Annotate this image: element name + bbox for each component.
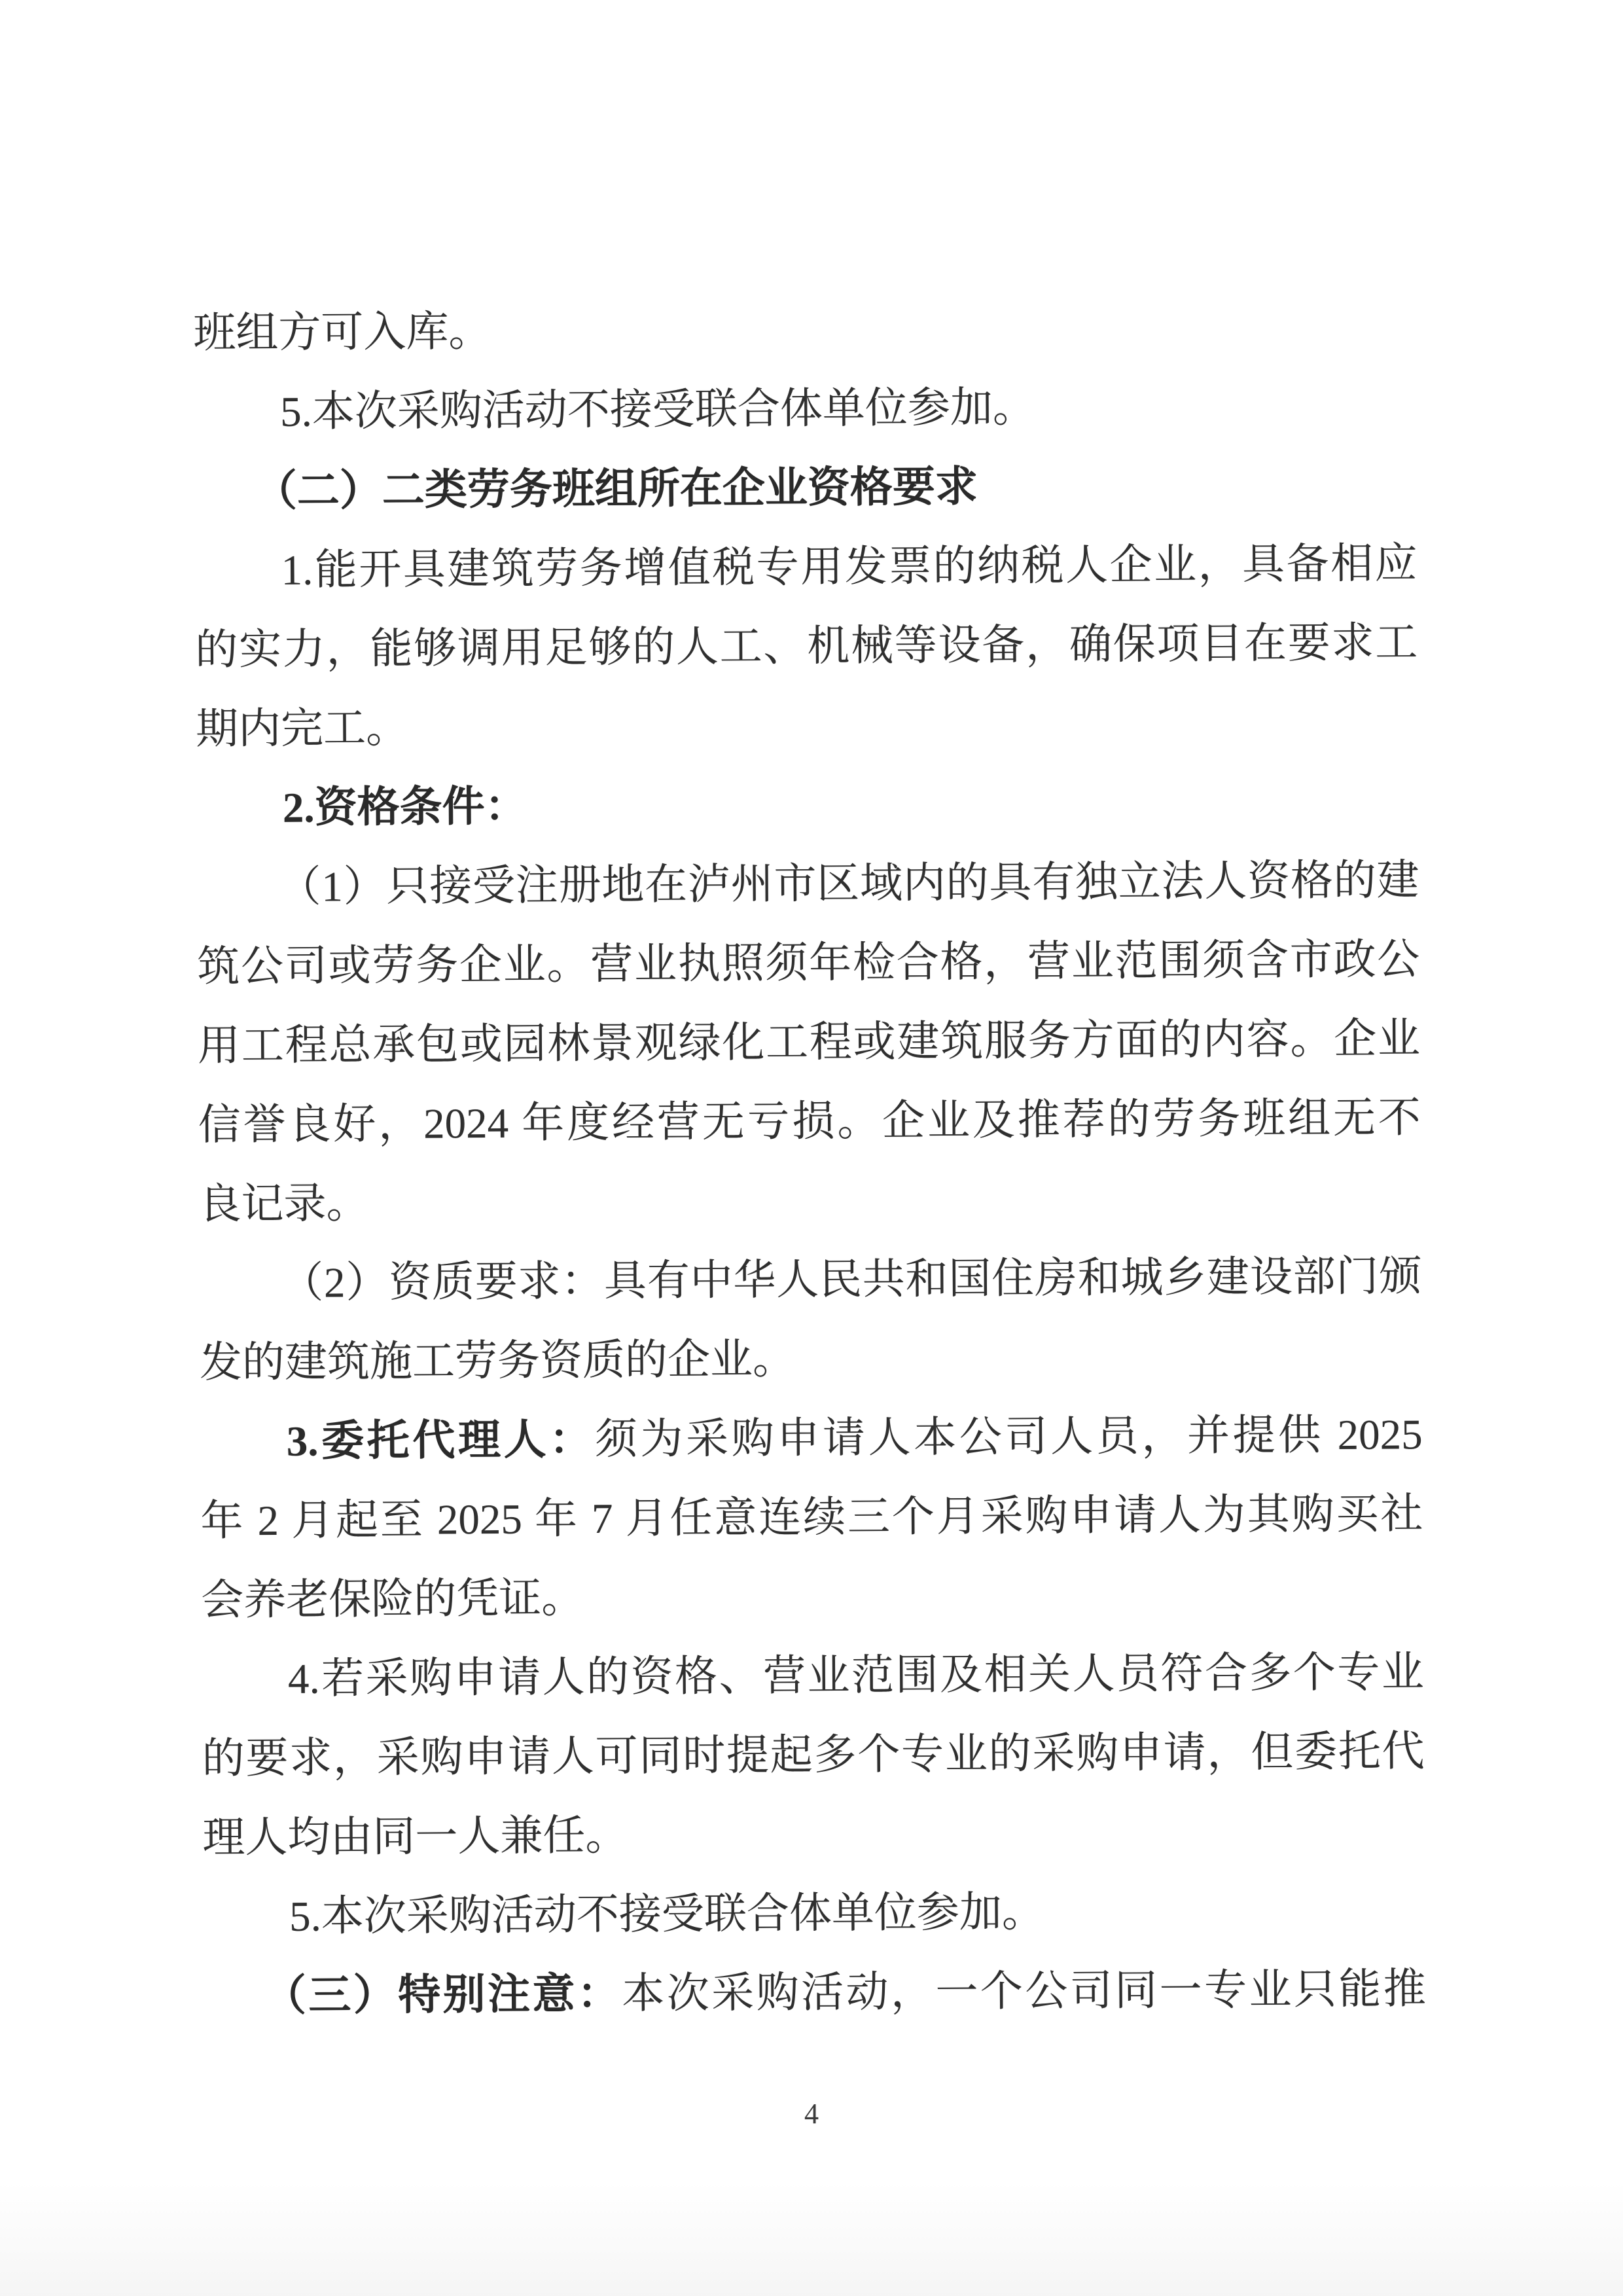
text-run: 用工程总承包或园林景观绿化工程或建筑服务方面的内容。企业 — [198, 1015, 1420, 1069]
scan-noise-band — [0, 2181, 1623, 2296]
text-run: 须为采购申请人本公司人员，并提供 2025 — [595, 1411, 1423, 1463]
text-line: 5.本次采购活动不接受联合体单位参加。 — [194, 366, 1417, 452]
document-page: 班组方可入库。5.本次采购活动不接受联合体单位参加。（二）二类劳务班组所在企业资… — [0, 0, 1623, 2296]
text-run: 良记录。 — [198, 1180, 368, 1229]
text-run: （1）只接受注册地在泸州市区域内的具有独立法人资格的建 — [278, 857, 1419, 911]
text-line: 会养老保险的凭证。 — [201, 1554, 1424, 1640]
text-line: 5.本次采购活动不接受联合体单位参加。 — [203, 1871, 1426, 1957]
text-run: 期内完工。 — [196, 705, 408, 753]
text-line: 信誉良好，2024 年度经营无亏损。企业及推荐的劳务班组无不 — [198, 1079, 1421, 1165]
text-line: 理人均由同一人兼任。 — [202, 1791, 1425, 1878]
text-line: 4.若采购申请人的资格、营业范围及相关人员符合多个专业 — [202, 1633, 1425, 1719]
text-run: 4.若采购申请人的资格、营业范围及相关人员符合多个专业 — [288, 1649, 1424, 1703]
text-run: 年 2 月起至 2025 年 7 月任意连续三个月采购申请人为其购买社 — [200, 1490, 1423, 1545]
bold-text-run: 3.委托代理人： — [287, 1416, 596, 1465]
text-line: 3.委托代理人：须为采购申请人本公司人员，并提供 2025 — [200, 1395, 1423, 1482]
text-block: 班组方可入库。5.本次采购活动不接受联合体单位参加。（二）二类劳务班组所在企业资… — [193, 287, 1426, 2036]
text-line: （1）只接受注册地在泸州市区域内的具有独立法人资格的建 — [196, 841, 1419, 927]
text-run: 会养老保险的凭证。 — [201, 1575, 584, 1624]
bold-text-run: （三）特别注意： — [264, 1971, 622, 2020]
text-line: （2）资质要求：具有中华人民共和国住房和城乡建设部门颁 — [199, 1237, 1422, 1323]
text-line: 年 2 月起至 2025 年 7 月任意连续三个月采购申请人为其购买社 — [200, 1475, 1423, 1561]
text-line: 筑公司或劳务企业。营业执照须年检合格，营业范围须含市政公 — [197, 920, 1420, 1007]
text-run: 本次采购活动，一个公司同一专业只能推 — [622, 1965, 1426, 2018]
text-line: 班组方可入库。 — [193, 287, 1416, 373]
text-line: 的要求，采购申请人可同时提起多个专业的采购申请，但委托代 — [202, 1712, 1425, 1799]
text-run: 理人均由同一人兼任。 — [202, 1812, 628, 1862]
text-line: （三）特别注意：本次采购活动，一个公司同一专业只能推 — [204, 1950, 1427, 2036]
text-run: 1.能开具建筑劳务增值税专用发票的纳税人企业，具备相应 — [281, 540, 1417, 594]
text-line: 用工程总承包或园林景观绿化工程或建筑服务方面的内容。企业 — [198, 999, 1421, 1086]
text-line: 1.能开具建筑劳务增值税专用发票的纳税人企业，具备相应 — [194, 524, 1418, 611]
text-line: 良记录。 — [198, 1158, 1421, 1244]
text-run: 5.本次采购活动不接受联合体单位参加。 — [280, 384, 1035, 436]
text-run: 发的建筑施工劳务资质的企业。 — [200, 1336, 795, 1387]
text-run: 5.本次采购活动不接受联合体单位参加。 — [289, 1889, 1044, 1941]
text-run: 信誉良好，2024 年度经营无亏损。企业及推荐的劳务班组无不 — [198, 1094, 1421, 1149]
text-run: 筑公司或劳务企业。营业执照须年检合格，营业范围须含市政公 — [197, 936, 1419, 990]
text-line: （二）二类劳务班组所在企业资格要求 — [194, 445, 1417, 531]
bold-text-run: 2.资格条件： — [283, 783, 527, 832]
page-number: 4 — [0, 2092, 1623, 2136]
text-run: 的实力，能够调用足够的人工、机械等设备，确保项目在要求工 — [195, 619, 1418, 673]
text-run: 的要求，采购申请人可同时提起多个专业的采购申请，但委托代 — [202, 1728, 1424, 1782]
text-run: （2）资质要求：具有中华人民共和国住房和城乡建设部门颁 — [281, 1253, 1421, 1307]
text-run: 班组方可入库。 — [193, 308, 491, 357]
text-line: 期内完工。 — [196, 683, 1419, 769]
text-line: 发的建筑施工劳务资质的企业。 — [200, 1316, 1423, 1403]
text-line: 的实力，能够调用足够的人工、机械等设备，确保项目在要求工 — [195, 603, 1418, 690]
text-line: 2.资格条件： — [196, 762, 1419, 848]
bold-text-run: （二）二类劳务班组所在企业资格要求 — [255, 463, 978, 515]
